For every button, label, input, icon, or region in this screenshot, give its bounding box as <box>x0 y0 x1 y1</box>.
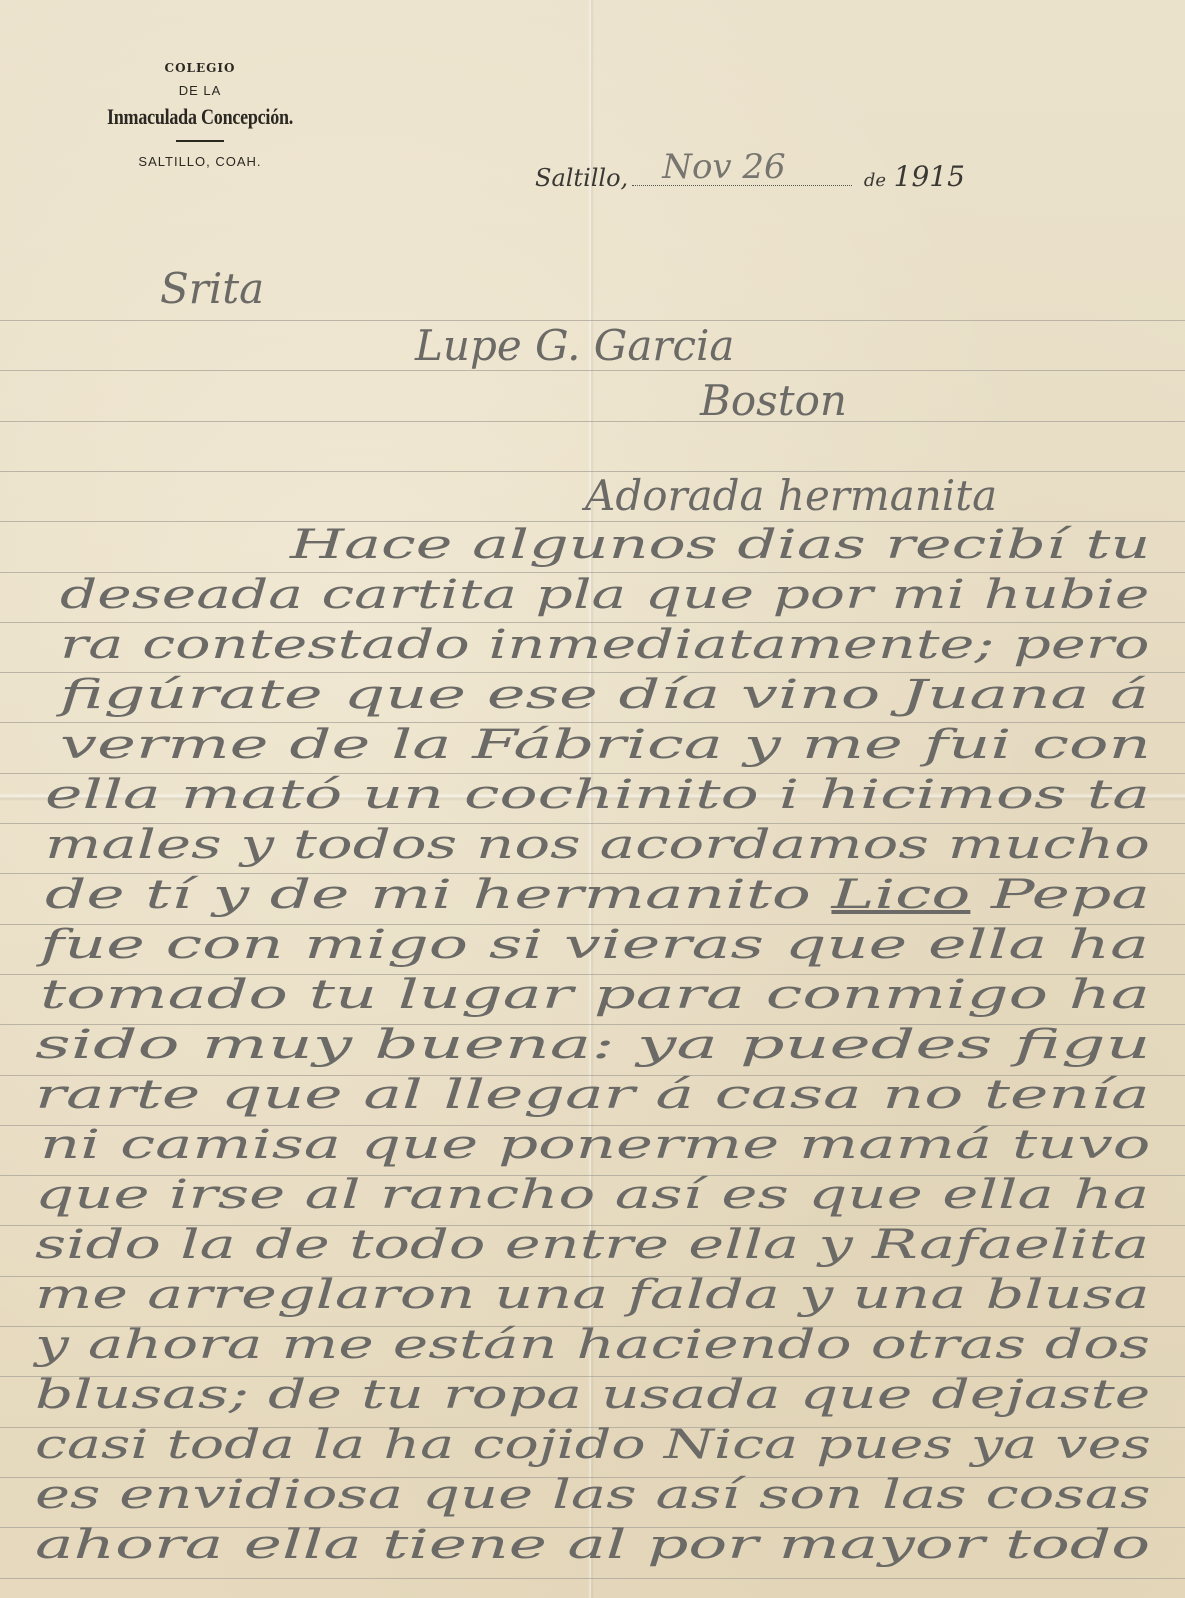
letterhead-colegio: COLEGIO <box>60 61 340 75</box>
date-year: 1915 <box>894 160 965 193</box>
recipient-city: Boston <box>700 380 847 422</box>
body-line: blusas; de tu ropa usada que dejaste <box>35 1375 1150 1415</box>
body-line: ra contestado inmediatamente; pero <box>60 625 1149 665</box>
body-line: ella mató un cochinito i hicimos ta <box>45 775 1150 815</box>
body-line: casi toda la ha cojido Nica pues ya ves <box>35 1425 1151 1465</box>
body-line: deseada cartita pla que por mi hubie <box>60 575 1149 615</box>
body-line: ahora ella tiene al por mayor todo <box>35 1525 1150 1565</box>
body-line: Hace algunos dias recibí tu <box>290 525 1150 565</box>
body-line: sido la de todo entre ella y Rafaelita <box>35 1225 1149 1265</box>
date-de: de <box>864 170 886 191</box>
ruled-line <box>0 1578 1185 1579</box>
underlined-word: Lico <box>831 872 970 918</box>
body-line: es envidiosa que las así son las cosas <box>35 1475 1150 1515</box>
letterhead-school-name: Inmaculada Concepción. <box>85 104 315 130</box>
dateline: Saltillo,Nov 26 de 1915 <box>535 160 965 193</box>
letterhead-divider <box>176 140 224 142</box>
ruled-line <box>0 421 1185 422</box>
greeting: Adorada hermanita <box>585 475 997 517</box>
body-line: y ahora me están haciendo otras dos <box>35 1325 1150 1365</box>
body-line: ni camisa que ponerme mamá tuvo <box>40 1125 1150 1165</box>
body-line: tomado tu lugar para conmigo ha <box>40 975 1150 1015</box>
body-line: figúrate que ese día vino Juana á <box>60 675 1149 715</box>
body-line: fue con migo si vieras que ella ha <box>40 925 1149 965</box>
letterhead-de-la: DE LA <box>60 83 340 98</box>
letterhead: COLEGIO DE LA Inmaculada Concepción. SAL… <box>60 55 340 169</box>
body-line: males y todos nos acordamos mucho <box>45 825 1150 865</box>
recipient-name: Lupe G. Garcia <box>415 325 734 367</box>
ruled-line <box>0 370 1185 371</box>
body-line: rarte que al llegar á casa no tenía <box>35 1075 1150 1115</box>
body-line: de tí y de mi hermanito Lico Pepa <box>45 875 1150 915</box>
body-line: verme de la Fábrica y me fui con <box>60 725 1151 765</box>
body-line: sido muy buena: ya puedes figu <box>35 1025 1150 1065</box>
body-line: me arreglaron una falda y una blusa <box>35 1275 1150 1315</box>
salutation-title: Srita <box>160 268 264 310</box>
date-dotted-field: Nov 26 <box>632 185 852 186</box>
date-place: Saltillo, <box>535 164 628 192</box>
date-month-day: Nov 26 <box>662 147 786 187</box>
letterhead-city: SALTILLO, COAH. <box>60 154 340 169</box>
body-line: que irse al rancho así es que ella ha <box>35 1175 1149 1215</box>
